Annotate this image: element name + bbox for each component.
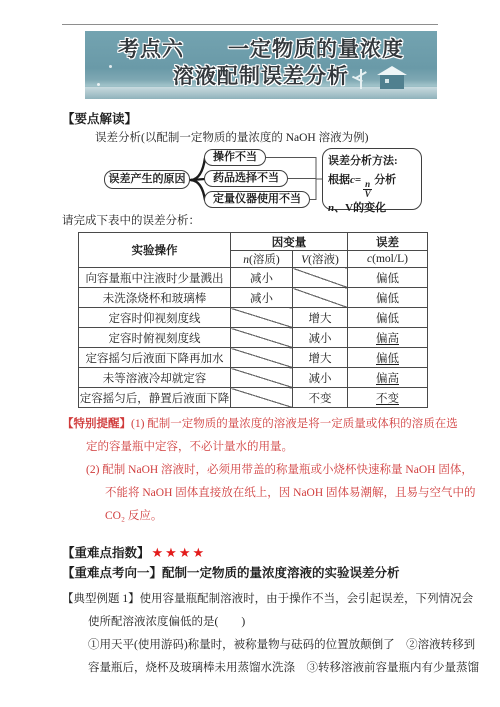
cell-v-change: 不变 <box>293 388 348 408</box>
table-row: 定容摇匀后液面下降再加水增大偏低 <box>79 348 428 368</box>
table-row: 定容时仰视刻度线增大偏低 <box>79 308 428 328</box>
cell-n-change <box>231 308 293 328</box>
example-line: 使所配溶液浓度偏低的是( ) <box>62 611 500 634</box>
diagram-branch-instrument: 定量仪器使用不当 <box>204 191 310 208</box>
banner-title-line1: 考点六 一定物质的量浓度 <box>85 36 437 63</box>
focus-tag: 【重难点考向一】 <box>62 566 162 580</box>
example-line: 【典型例题 1】使用容量瓶配制溶液时，由于操作不当，会引起误差，下列情况会 <box>62 588 500 611</box>
method-line3: n、V的变化 <box>328 199 416 217</box>
cell-error-result: 偏低 <box>348 288 428 308</box>
focus-direction: 【重难点考向一】配制一定物质的量浓度溶液的实验误差分析 <box>62 565 500 582</box>
col-header-c: c(mol/L) <box>348 251 428 268</box>
cell-error-result: 偏低 <box>348 348 428 368</box>
table-row: 未等溶液冷却就定容减小偏高 <box>79 368 428 388</box>
reminder-line: CO₂ 反应。 <box>62 505 500 528</box>
cell-operation: 定容摇匀后液面下降再加水 <box>79 348 231 368</box>
banner-title: 考点六 一定物质的量浓度 溶液配制误差分析 <box>85 31 437 90</box>
fraction-n-over-v: nV <box>363 180 372 199</box>
reminder-line: 定的容量瓶中定容，不必计量水的用量。 <box>62 436 500 459</box>
cell-v-change: 增大 <box>293 308 348 328</box>
top-divider <box>62 24 438 25</box>
cell-n-change <box>231 388 293 408</box>
table-row: 定容摇匀后，静置后液面下降不变不变 <box>79 388 428 408</box>
cell-operation: 定容摇匀后，静置后液面下降 <box>79 388 231 408</box>
reminder-line: 【特别提醒】(1) 配制一定物质的量浓度的溶液是将一定质量或体积的溶质在选 <box>62 413 500 436</box>
cell-v-change: 增大 <box>293 348 348 368</box>
star-rating: ★★★★ <box>152 545 207 560</box>
special-reminder: 【特别提醒】(1) 配制一定物质的量浓度的溶液是将一定质量或体积的溶质在选 定的… <box>62 413 500 528</box>
cell-operation: 向容量瓶中注液时少量溅出 <box>79 268 231 288</box>
key-points-tag: 【要点解读】 <box>62 111 500 128</box>
difficulty-tag: 【重难点指数】 <box>62 546 150 560</box>
method-line1: 误差分析方法: <box>328 152 416 170</box>
table-row: 定容时俯视刻度线减小偏高 <box>79 328 428 348</box>
method-formula-line: 根据c=nV分析 <box>328 170 416 199</box>
reminder-tag: 【特别提醒】 <box>62 418 131 430</box>
col-header-dependent: 因变量 <box>231 233 348 251</box>
error-analysis-table: 实验操作 因变量 误差 n(溶质) V(溶液) c(mol/L) 向容量瓶中注液… <box>78 232 428 408</box>
col-header-error: 误差 <box>348 233 428 251</box>
cell-error-result: 偏低 <box>348 308 428 328</box>
cell-operation: 未洗涤烧杯和玻璃棒 <box>79 288 231 308</box>
cell-error-result: 偏高 <box>348 328 428 348</box>
example-line: ①用天平(使用游码)称量时，被称量物与砝码的位置放颠倒了 ②溶液转移到 <box>62 634 500 657</box>
example-tag: 【典型例题 1】 <box>62 593 140 605</box>
typical-example: 【典型例题 1】使用容量瓶配制溶液时，由于操作不当，会引起误差，下列情况会 使所… <box>62 588 500 680</box>
difficulty-index: 【重难点指数】★★★★ <box>62 544 500 562</box>
table-row: 未洗涤烧杯和玻璃棒减小偏低 <box>79 288 428 308</box>
cell-operation: 未等溶液冷却就定容 <box>79 368 231 388</box>
reminder-line: 不能将 NaOH 固体直接放在纸上，因 NaOH 固体易潮解，且易与空气中的 <box>62 482 500 505</box>
cell-v-change: 减小 <box>293 368 348 388</box>
cell-n-change <box>231 368 293 388</box>
cell-n-change <box>231 328 293 348</box>
table-caption: 请完成下表中的误差分析： <box>62 214 500 228</box>
col-header-operation: 实验操作 <box>79 233 231 268</box>
diagram-method-box: 误差分析方法: 根据c=nV分析 n、V的变化 <box>322 148 422 210</box>
cell-v-change: 减小 <box>293 328 348 348</box>
cell-error-result: 偏高 <box>348 368 428 388</box>
table-header-row-1: 实验操作 因变量 误差 <box>79 233 428 251</box>
diagram-branch-reagent: 药品选择不当 <box>204 170 288 187</box>
cell-v-change <box>293 268 348 288</box>
banner-title-line2: 溶液配制误差分析 <box>85 63 437 90</box>
cell-operation: 定容时俯视刻度线 <box>79 328 231 348</box>
intro-line: 误差分析(以配制一定物质的量浓度的 NaOH 溶液为例) <box>62 130 500 147</box>
table-row: 向容量瓶中注液时少量溅出减小偏低 <box>79 268 428 288</box>
cell-v-change <box>293 288 348 308</box>
cell-n-change: 减小 <box>231 288 293 308</box>
focus-title: 配制一定物质的量浓度溶液的实验误差分析 <box>162 566 400 580</box>
document-page: 考点六 一定物质的量浓度 溶液配制误差分析 【要点解读】 误差分析(以配制一定物… <box>0 0 500 707</box>
cell-n-change: 减小 <box>231 268 293 288</box>
diagram-branch-operation: 操作不当 <box>204 149 266 166</box>
chapter-banner: 考点六 一定物质的量浓度 溶液配制误差分析 <box>85 31 437 99</box>
diagram-cause-box: 误差产生的原因 <box>104 170 190 189</box>
error-cause-diagram: 误差产生的原因 操作不当 药品选择不当 定量仪器使用不当 误差分析方法: 根据c… <box>92 148 424 210</box>
cell-n-change <box>231 348 293 368</box>
col-header-n: n(溶质) <box>231 251 293 268</box>
cell-error-result: 偏低 <box>348 268 428 288</box>
col-header-v: V(溶液) <box>293 251 348 268</box>
cell-operation: 定容时仰视刻度线 <box>79 308 231 328</box>
cell-error-result: 不变 <box>348 388 428 408</box>
reminder-line: (2) 配制 NaOH 溶液时，必须用带盖的称量瓶或小烧杯快速称量 NaOH 固… <box>62 459 500 482</box>
example-line: 容量瓶后，烧杯及玻璃棒未用蒸馏水洗涤 ③转移溶液前容量瓶内有少量蒸馏 <box>62 657 500 680</box>
error-table-body: 向容量瓶中注液时少量溅出减小偏低未洗涤烧杯和玻璃棒减小偏低定容时仰视刻度线增大偏… <box>79 268 428 408</box>
